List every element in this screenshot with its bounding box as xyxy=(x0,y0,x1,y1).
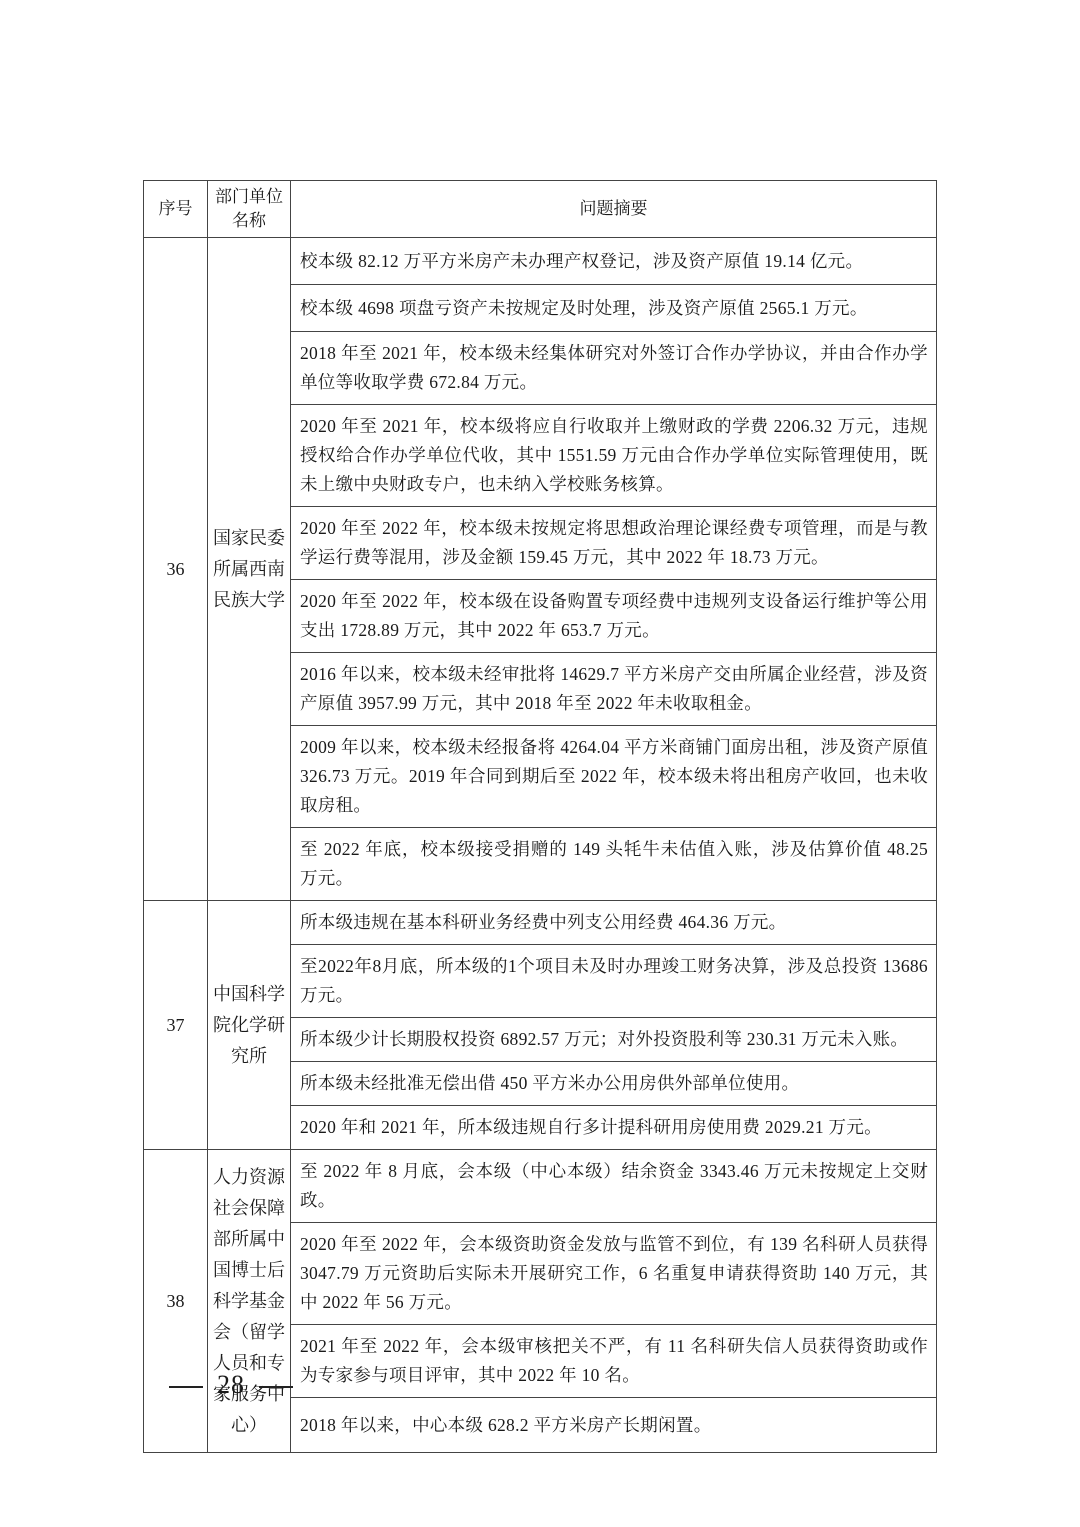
issue-cell: 2020 年至 2021 年，校本级将应自行收取并上缴财政的学费 2206.32… xyxy=(291,405,937,507)
page-number: 28 xyxy=(217,1370,245,1399)
issue-cell: 2020 年至 2022 年，校本级在设备购置专项经费中违规列支设备运行维护等公… xyxy=(291,580,937,653)
table-row: 38 人力资源社会保障部所属中国博士后科学基金会（留学人员和专家服务中心） 至 … xyxy=(144,1150,937,1223)
header-dept: 部门单位名称 xyxy=(208,181,291,238)
issue-cell: 至 2022 年 8 月底，会本级（中心本级）结余资金 3343.46 万元未按… xyxy=(291,1150,937,1223)
issue-cell: 至 2022 年底，校本级接受捐赠的 149 头牦牛未估值入账，涉及估算价值 4… xyxy=(291,828,937,901)
row-seq: 38 xyxy=(144,1150,208,1453)
row-dept: 国家民委所属西南民族大学 xyxy=(208,238,291,901)
issue-cell: 至2022年8月底，所本级的1个项目未及时办理竣工财务决算，涉及总投资 1368… xyxy=(291,945,937,1018)
table-header-row: 序号 部门单位名称 问题摘要 xyxy=(144,181,937,238)
audit-issues-table: 序号 部门单位名称 问题摘要 36 国家民委所属西南民族大学 校本级 82.12… xyxy=(143,180,937,1453)
table-row: 36 国家民委所属西南民族大学 校本级 82.12 万平方米房产未办理产权登记，… xyxy=(144,238,937,285)
issue-cell: 2018 年至 2021 年，校本级未经集体研究对外签订合作办学协议，并由合作办… xyxy=(291,332,937,405)
issue-cell: 2021 年至 2022 年，会本级审核把关不严，有 11 名科研失信人员获得资… xyxy=(291,1325,937,1398)
issue-cell: 2020 年和 2021 年，所本级违规自行多计提科研用房使用费 2029.21… xyxy=(291,1106,937,1150)
row-seq: 37 xyxy=(144,901,208,1150)
issue-cell: 校本级 82.12 万平方米房产未办理产权登记，涉及资产原值 19.14 亿元。 xyxy=(291,238,937,285)
row-dept: 中国科学院化学研究所 xyxy=(208,901,291,1150)
table-row: 37 中国科学院化学研究所 所本级违规在基本科研业务经费中列支公用经费 464.… xyxy=(144,901,937,945)
issue-cell: 2018 年以来，中心本级 628.2 平方米房产长期闲置。 xyxy=(291,1398,937,1453)
row-seq: 36 xyxy=(144,238,208,901)
page-footer: 28 xyxy=(155,1370,307,1400)
header-seq: 序号 xyxy=(144,181,208,238)
dash-left xyxy=(169,1386,203,1388)
issue-cell: 所本级未经批准无偿出借 450 平方米办公用房供外部单位使用。 xyxy=(291,1062,937,1106)
header-summary: 问题摘要 xyxy=(291,181,937,238)
issue-cell: 2009 年以来，校本级未经报备将 4264.04 平方米商铺门面房出租，涉及资… xyxy=(291,726,937,828)
issue-cell: 所本级少计长期股权投资 6892.57 万元；对外投资股利等 230.31 万元… xyxy=(291,1018,937,1062)
row-dept: 人力资源社会保障部所属中国博士后科学基金会（留学人员和专家服务中心） xyxy=(208,1150,291,1453)
issue-cell: 所本级违规在基本科研业务经费中列支公用经费 464.36 万元。 xyxy=(291,901,937,945)
issue-cell: 2016 年以来，校本级未经审批将 14629.7 平方米房产交由所属企业经营，… xyxy=(291,653,937,726)
issue-cell: 2020 年至 2022 年，校本级未按规定将思想政治理论课经费专项管理，而是与… xyxy=(291,507,937,580)
dash-right xyxy=(259,1386,293,1388)
issue-cell: 校本级 4698 项盘亏资产未按规定及时处理，涉及资产原值 2565.1 万元。 xyxy=(291,285,937,332)
issue-cell: 2020 年至 2022 年，会本级资助资金发放与监管不到位，有 139 名科研… xyxy=(291,1223,937,1325)
